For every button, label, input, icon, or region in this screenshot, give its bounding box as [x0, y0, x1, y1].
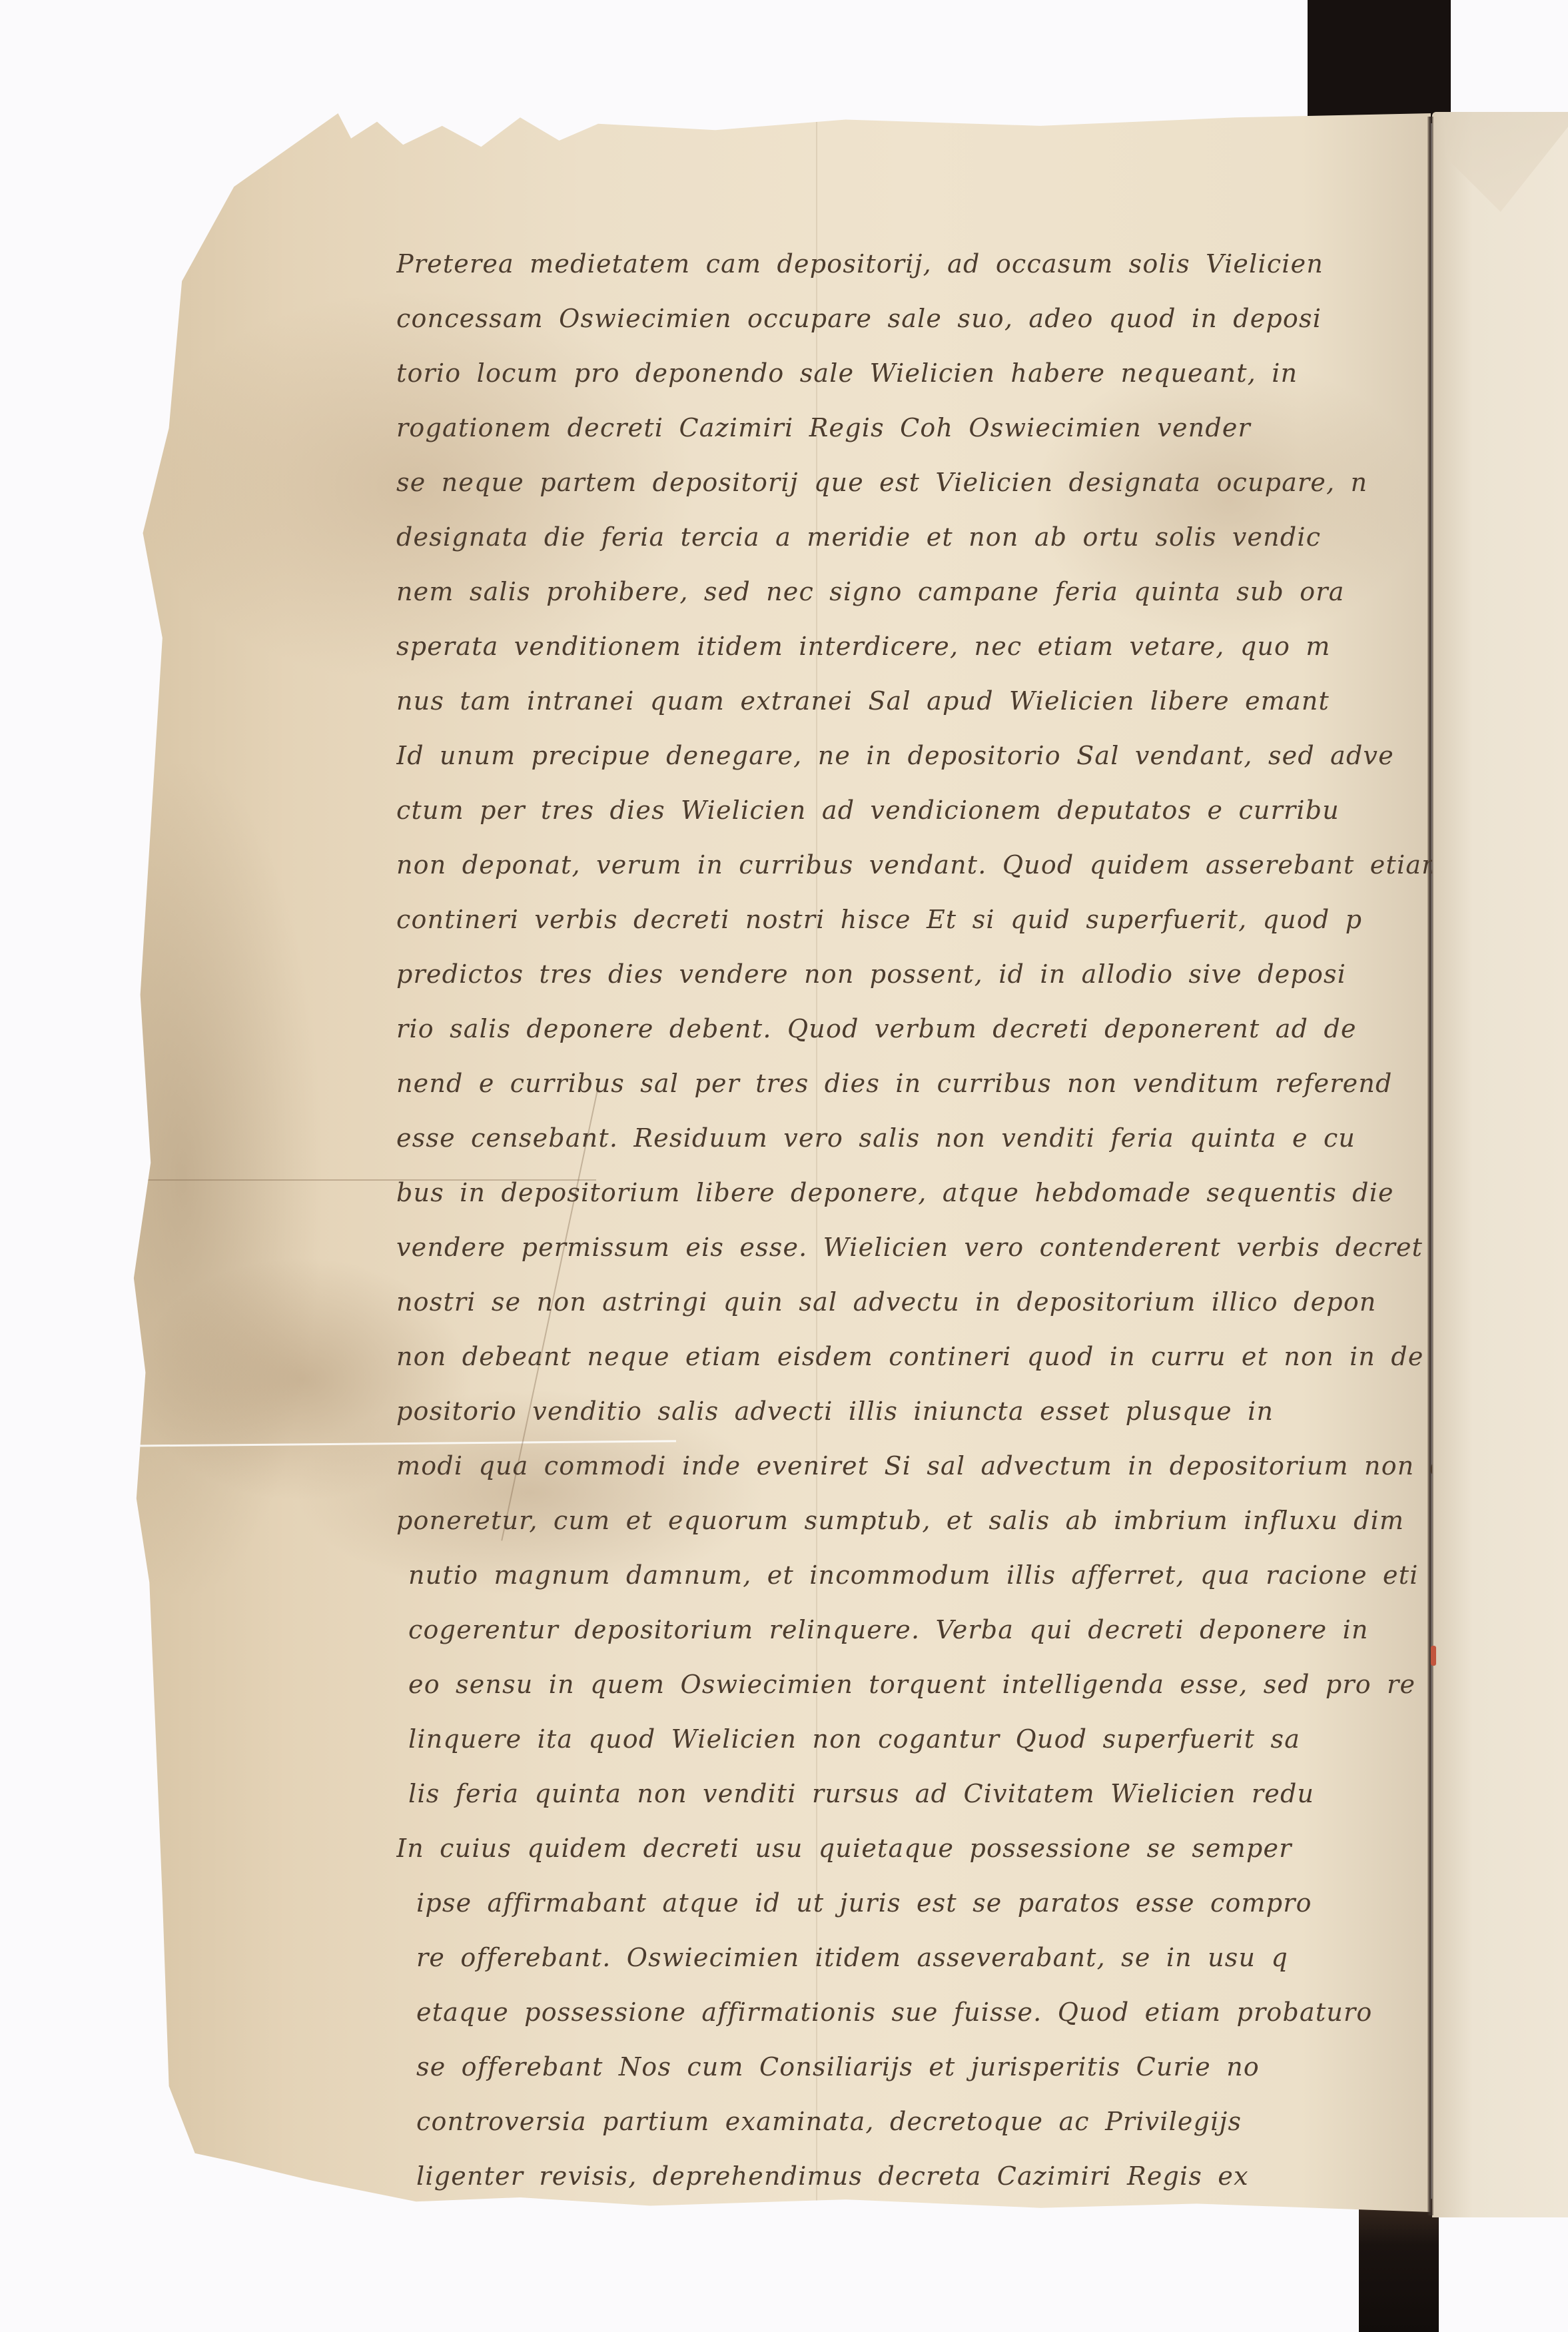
bookmark-ribbon-top — [1308, 0, 1451, 123]
text-line: cogerentur depositorium relinquere. Verb… — [396, 1602, 1432, 1657]
text-line: non debeant neque etiam eisdem contineri… — [396, 1329, 1432, 1384]
text-line: nem salis prohibere, sed nec signo campa… — [396, 564, 1432, 619]
text-line: ligenter revisis, deprehendimus decreta … — [396, 2149, 1432, 2203]
text-line: poneretur, cum et equorum sumptub, et sa… — [396, 1493, 1432, 1548]
text-line: eo sensu in quem Oswiecimien torquent in… — [396, 1657, 1432, 1712]
text-line: controversia partium examinata, decretoq… — [396, 2094, 1432, 2149]
text-line: se neque partem depositorij que est Viel… — [396, 455, 1432, 510]
text-line: nus tam intranei quam extranei Sal apud … — [396, 674, 1432, 728]
facing-page-corner-stain — [1445, 112, 1568, 212]
text-line: positorio venditio salis advecti illis i… — [396, 1384, 1432, 1439]
bookmark-ribbon-bottom — [1359, 2199, 1439, 2332]
text-line: concessam Oswiecimien occupare sale suo,… — [396, 291, 1432, 346]
text-line: vendere permissum eis esse. Wielicien ve… — [396, 1220, 1432, 1275]
text-line: re offerebant. Oswiecimien itidem asseve… — [396, 1930, 1432, 1985]
text-line: predictos tres dies vendere non possent,… — [396, 947, 1432, 1001]
text-line: torio locum pro deponendo sale Wielicien… — [396, 346, 1432, 400]
text-line: esse censebant. Residuum vero salis non … — [396, 1111, 1432, 1165]
text-line: bus in depositorium libere deponere, atq… — [396, 1165, 1432, 1220]
text-line: modi qua commodi inde eveniret Si sal ad… — [396, 1439, 1432, 1493]
text-line: ctum per tres dies Wielicien ad vendicio… — [396, 783, 1432, 838]
text-line: nostri se non astringi quin sal advectu … — [396, 1275, 1432, 1329]
text-line: sperata venditionem itidem interdicere, … — [396, 619, 1432, 674]
text-line: designata die feria tercia a meridie et … — [396, 510, 1432, 564]
text-line: Id unum precipue denegare, ne in deposit… — [396, 728, 1432, 783]
text-line: rio salis deponere debent. Quod verbum d… — [396, 1001, 1432, 1056]
text-line: etaque possessione affirmationis sue fui… — [396, 1985, 1432, 2040]
text-line: Preterea medietatem cam depositorij, ad … — [396, 237, 1432, 291]
text-line: rogationem decreti Cazimiri Regis Coh Os… — [396, 400, 1432, 455]
text-line: non deponat, verum in curribus vendant. … — [396, 838, 1432, 892]
text-line: se offerebant Nos cum Consiliarijs et ju… — [396, 2040, 1432, 2094]
text-line: nend e curribus sal per tres dies in cur… — [396, 1056, 1432, 1111]
manuscript-text: Preterea medietatem cam depositorij, ad … — [396, 237, 1432, 2203]
text-line: nutio magnum damnum, et incommodum illis… — [396, 1548, 1432, 1602]
facing-page-edge — [1432, 112, 1568, 2217]
text-line: linquere ita quod Wielicien non cogantur… — [396, 1712, 1432, 1766]
text-line: In cuius quidem decreti usu quietaque po… — [396, 1821, 1432, 1876]
text-line: lis feria quinta non venditi rursus ad C… — [396, 1766, 1432, 1821]
text-line: ipse affirmabant atque id ut juris est s… — [396, 1876, 1432, 1930]
text-line: contineri verbis decreti nostri hisce Et… — [396, 892, 1432, 947]
